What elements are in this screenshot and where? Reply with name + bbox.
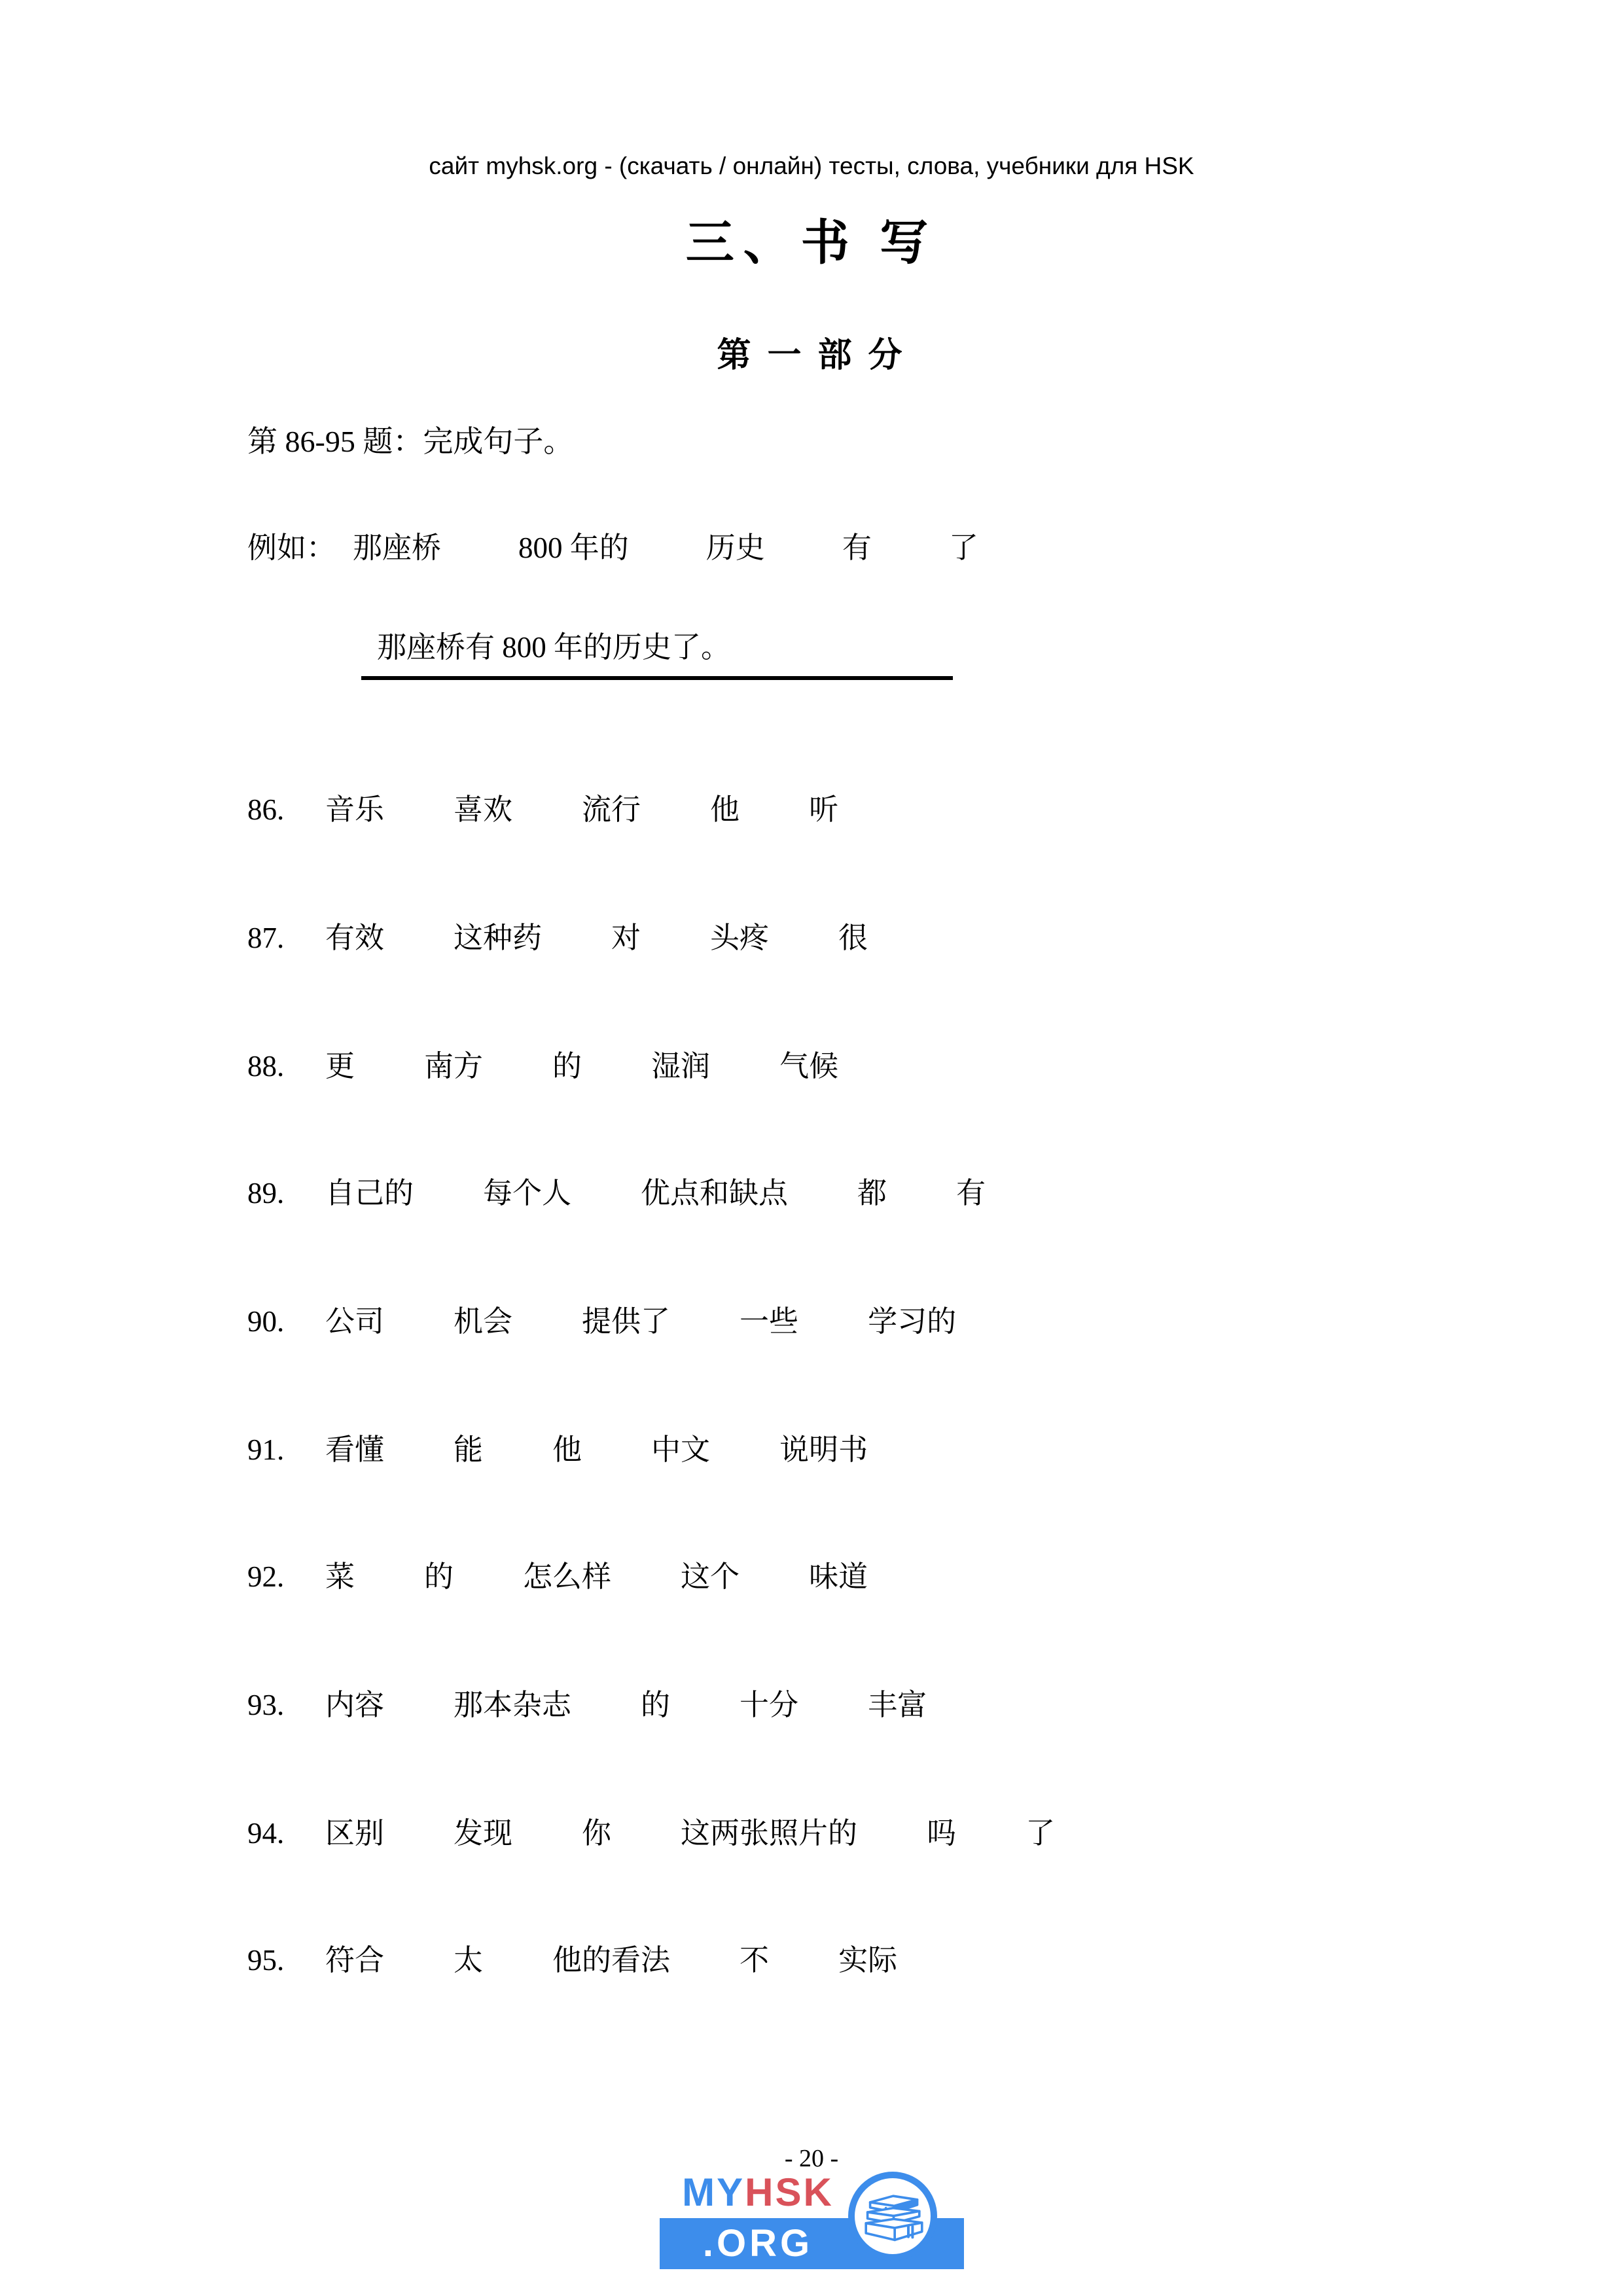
question-word: 丰富	[868, 1681, 927, 1723]
example-word: 有	[842, 524, 872, 566]
page-number: - 20 -	[0, 2144, 1623, 2173]
question-word: 这种药	[454, 914, 542, 956]
question-word: 的	[552, 1042, 582, 1085]
myhsk-logo: MYHSK .ORG	[660, 2172, 964, 2269]
question-word: 你	[582, 1809, 611, 1852]
question-number: 90.	[247, 1304, 325, 1338]
example-word: 800 年的	[518, 524, 629, 566]
question-row-89: 89.自己的每个人优点和缺点都有	[247, 1169, 986, 1211]
example-word: 了	[949, 524, 978, 566]
site-note: сайт myhsk.org - (скачать / онлайн) тест…	[0, 153, 1623, 180]
question-word: 有	[956, 1169, 986, 1211]
question-word: 的	[641, 1681, 670, 1723]
question-word: 公司	[325, 1297, 384, 1340]
question-word: 自己的	[325, 1169, 414, 1211]
question-word: 味道	[809, 1552, 868, 1595]
question-row-86: 86.音乐喜欢流行他听	[247, 785, 838, 828]
question-word: 听	[809, 785, 838, 828]
logo-hsk-text: HSK	[745, 2170, 834, 2214]
question-word: 学习的	[868, 1297, 956, 1340]
question-word: 他	[710, 785, 740, 828]
question-word: 怎么样	[523, 1552, 611, 1595]
question-word: 湿润	[651, 1042, 710, 1085]
question-number: 86.	[247, 793, 325, 827]
question-number: 92.	[247, 1560, 325, 1594]
question-row-87: 87.有效这种药对头疼很	[247, 914, 868, 956]
question-word: 一些	[740, 1297, 798, 1340]
question-word: 区别	[325, 1809, 384, 1852]
example-word: 历史	[706, 524, 765, 566]
question-word: 提供了	[582, 1297, 670, 1340]
question-word: 流行	[582, 785, 641, 828]
question-word: 气候	[779, 1042, 838, 1085]
question-word: 实际	[838, 1936, 897, 1979]
question-number: 88.	[247, 1049, 325, 1083]
question-word: 了	[1026, 1809, 1055, 1852]
question-word: 看懂	[325, 1426, 384, 1468]
question-word: 优点和缺点	[641, 1169, 788, 1211]
question-word: 吗	[927, 1809, 956, 1852]
instruction-text: 第 86-95 题：完成句子。	[247, 418, 573, 461]
example-word: 那座桥	[353, 524, 441, 566]
question-word: 音乐	[325, 785, 384, 828]
question-word: 不	[740, 1936, 769, 1979]
question-row-94: 94.区别发现你这两张照片的吗了	[247, 1809, 1055, 1852]
question-word: 的	[424, 1552, 454, 1595]
logo-org-text: .ORG	[660, 2218, 856, 2269]
question-word: 每个人	[483, 1169, 571, 1211]
question-word: 说明书	[779, 1426, 868, 1468]
books-icon	[859, 2182, 927, 2250]
question-row-93: 93.内容那本杂志的十分丰富	[247, 1681, 927, 1723]
question-word: 内容	[325, 1681, 384, 1723]
question-word: 对	[611, 914, 641, 956]
question-word: 那本杂志	[454, 1681, 571, 1723]
example-answer-line: 那座桥有 800 年的历史了。	[361, 623, 953, 680]
question-row-91: 91.看懂能他中文说明书	[247, 1426, 868, 1468]
section-title: 三、书 写	[0, 204, 1623, 274]
question-word: 机会	[454, 1297, 512, 1340]
question-word: 能	[454, 1426, 483, 1468]
question-word: 更	[325, 1042, 355, 1085]
example-label: 例如：	[247, 531, 336, 564]
question-row-88: 88.更南方的湿润气候	[247, 1042, 838, 1085]
question-row-92: 92.菜的怎么样这个味道	[247, 1552, 868, 1595]
document-page: сайт myhsk.org - (скачать / онлайн) тест…	[0, 0, 1623, 2296]
question-word: 都	[857, 1169, 887, 1211]
question-number: 89.	[247, 1176, 325, 1210]
example-row: 例如：那座桥800 年的历史有了	[247, 524, 978, 566]
question-word: 十分	[740, 1681, 798, 1723]
question-word: 发现	[454, 1809, 512, 1852]
question-word: 头疼	[710, 914, 769, 956]
question-number: 91.	[247, 1433, 325, 1467]
question-number: 87.	[247, 921, 325, 955]
question-word: 他的看法	[552, 1936, 670, 1979]
question-word: 这个	[681, 1552, 740, 1595]
question-word: 菜	[325, 1552, 355, 1595]
question-word: 很	[838, 914, 868, 956]
question-number: 95.	[247, 1943, 325, 1977]
question-number: 93.	[247, 1688, 325, 1722]
part-title: 第 一 部 分	[0, 327, 1623, 376]
question-word: 太	[454, 1936, 483, 1979]
question-word: 符合	[325, 1936, 384, 1979]
logo-circle	[848, 2172, 937, 2261]
question-word: 这两张照片的	[681, 1809, 857, 1852]
question-word: 中文	[651, 1426, 710, 1468]
logo-my-text: MY	[682, 2170, 745, 2214]
question-word: 喜欢	[454, 785, 512, 828]
question-word: 他	[552, 1426, 582, 1468]
question-word: 有效	[325, 914, 384, 956]
question-word: 南方	[424, 1042, 483, 1085]
question-row-90: 90.公司机会提供了一些学习的	[247, 1297, 956, 1340]
question-number: 94.	[247, 1816, 325, 1850]
logo-wordmark: MYHSK	[660, 2170, 856, 2215]
question-row-95: 95.符合太他的看法不实际	[247, 1936, 897, 1979]
